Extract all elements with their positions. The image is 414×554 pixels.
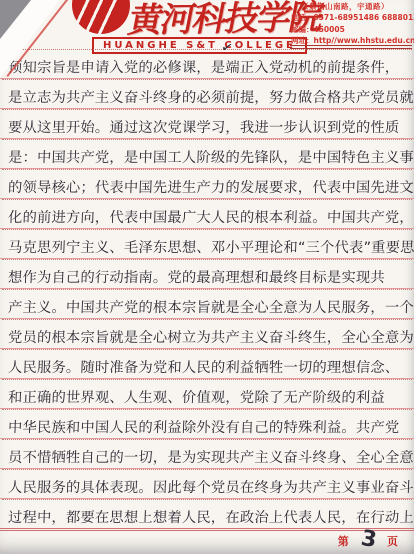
ruled-line: 马克思列宁主义、毛泽东思想、邓小平理论和“三个代表”重要思	[0, 229, 414, 259]
ruled-line: 预知宗旨是申请入党的必修课，是端正入党动机的前提条件，	[0, 49, 414, 79]
page-label-prefix: 第	[338, 529, 349, 549]
ruled-line: 党员的根本宗旨就是全心树立为共产主义奋斗终生，全心全意为	[0, 319, 414, 349]
address-note: （紫荆山南路，宇通路）	[291, 1, 413, 12]
ruled-line: 化的前进方向，代表中国最广大人民的根本利益。中国共产党，以	[0, 199, 414, 229]
ruled-line: 中华民族和中国人民的利益除外没有自己的特殊利益。共产党	[0, 409, 414, 439]
ruled-line: 员不惜牺牲自己的一切，是为实现共产主义奋斗终身、全心全意为	[0, 439, 414, 469]
letter-paper: 黄河科技学院 HUANGHE S&T COLLEGE （紫荆山南路，宇通路） 电…	[0, 0, 414, 554]
handwriting-text: 是立志为共产主义奋斗终身的必须前提，努力做合格共产党员就	[8, 87, 414, 107]
photo-background: 黄河科技学院 HUANGHE S&T COLLEGE （紫荆山南路，宇通路） 电…	[0, 0, 414, 554]
handwritten-body: 预知宗旨是申请入党的必修课，是端正入党动机的前提条件， 是立志为共产主义奋斗终身…	[0, 49, 414, 529]
postcode-label: 邮编：	[291, 24, 314, 35]
ruled-line: 人民服务的具体表现。因此每个党员在终身为共产主义事业奋斗的	[0, 469, 414, 499]
handwriting-text: 是：中国共产党，是中国工人阶级的先锋队，是中国特色主义事业	[8, 147, 414, 167]
page-label-suffix: 页	[387, 529, 398, 549]
ruled-line: 过程中，都要在思想上想着人民，在政治上代表人民，在行动上	[0, 499, 414, 529]
handwriting-text: 想作为自己的行动指南。党的最高理想和最终目标是实现共	[8, 267, 386, 287]
letterhead-contact-block: （紫荆山南路，宇通路） 电话： 0371-68951486 68880130 邮…	[291, 1, 413, 46]
ruled-line: 和正确的世界观、人生观、价值观，党除了无产阶级的利益	[0, 379, 414, 409]
handwriting-text: 要从这里开始。通过这次党课学习，我进一步认识到党的性质	[8, 117, 400, 137]
postcode-value: 450005	[314, 24, 345, 35]
ruled-line: 是：中国共产党，是中国工人阶级的先锋队，是中国特色主义事业	[0, 139, 414, 169]
ruled-line: 要从这里开始。通过这次党课学习，我进一步认识到党的性质	[0, 109, 414, 139]
handwriting-text: 中华民族和中国人民的利益除外没有自己的特殊利益。共产党	[8, 417, 400, 437]
handwriting-text: 人民服务。随时准备为党和人民的利益牺牲一切的理想信念、	[8, 357, 400, 377]
ruled-line: 人民服务。随时准备为党和人民的利益牺牲一切的理想信念、	[0, 349, 414, 379]
school-logo-icon	[72, 0, 130, 34]
ruled-line: 的领导核心；代表中国先进生产力的发展要求，代表中国先进文	[0, 169, 414, 199]
handwriting-text: 党员的根本宗旨就是全心树立为共产主义奋斗终生，全心全意为	[8, 327, 414, 347]
page-footer: 第 3 页	[338, 529, 398, 551]
handwritten-page-number: 3	[359, 528, 378, 552]
ruled-line: 是立志为共产主义奋斗终身的必须前提，努力做合格共产党员就	[0, 79, 414, 109]
handwriting-text: 过程中，都要在思想上想着人民，在政治上代表人民，在行动上	[8, 507, 414, 527]
handwriting-text: 员不惜牺牲自己的一切，是为实现共产主义奋斗终身、全心全意为	[8, 447, 414, 467]
handwriting-text: 化的前进方向，代表中国最广大人民的根本利益。中国共产党，以	[8, 207, 414, 227]
handwriting-text: 的领导核心；代表中国先进生产力的发展要求，代表中国先进文	[8, 177, 414, 197]
contact-row-postcode: 邮编： 450005	[291, 24, 413, 35]
handwriting-text: 预知宗旨是申请入党的必修课，是端正入党动机的前提条件，	[8, 57, 400, 77]
contact-row-phone: 电话： 0371-68951486 68880130	[291, 12, 413, 23]
handwriting-text: 产主义。中国共产党的根本宗旨就是全心全意为人民服务，一个共产	[8, 297, 414, 317]
ruled-line: 想作为自己的行动指南。党的最高理想和最终目标是实现共	[0, 259, 414, 289]
handwriting-text: 人民服务的具体表现。因此每个党员在终身为共产主义事业奋斗的	[8, 477, 414, 497]
phone-value: 0371-68951486 68880130	[314, 12, 414, 23]
handwriting-text: 马克思列宁主义、毛泽东思想、邓小平理论和“三个代表”重要思	[8, 237, 414, 257]
phone-label: 电话：	[291, 12, 314, 23]
ruled-line: 产主义。中国共产党的根本宗旨就是全心全意为人民服务，一个共产	[0, 289, 414, 319]
handwriting-text: 和正确的世界观、人生观、价值观，党除了无产阶级的利益	[8, 387, 386, 407]
